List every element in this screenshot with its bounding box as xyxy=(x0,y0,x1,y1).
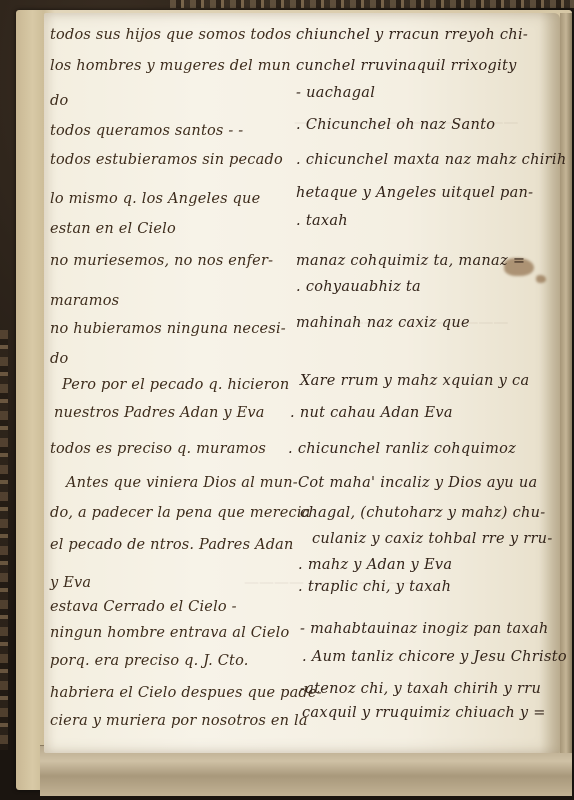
native-text: . cohyauabhiz ta xyxy=(296,279,421,295)
text-line: todos estubieramos sin pecado . chicunch… xyxy=(44,152,560,176)
text-line: Antes que viniera Dios al mun- Cot maha'… xyxy=(44,475,560,499)
manuscript-page: ———— ——— ——— ———— ——— ———— ——— —— ———— —… xyxy=(44,13,560,753)
native-text: - mahabtauinaz inogiz pan taxah xyxy=(300,621,549,637)
marbled-cover-left xyxy=(0,330,8,750)
native-text: . mahz y Adan y Eva xyxy=(298,557,452,573)
native-text: chiunchel y rracun rreyoh chi- xyxy=(296,27,528,43)
spanish-text: todos sus hijos que somos todos xyxy=(50,27,291,43)
spanish-text: Antes que viniera Dios al mun- xyxy=(66,475,298,491)
spanish-text: estava Cerrado el Cielo - xyxy=(50,599,237,615)
spanish-text: no muriesemos, no nos enfer- xyxy=(50,253,273,269)
text-line: do xyxy=(44,351,560,375)
text-line: ningun hombre entrava al Cielo - mahabta… xyxy=(44,625,560,649)
native-text: hetaque y Angeles uitquel pan- xyxy=(296,185,533,201)
text-line: porq. era preciso q. J. Cto. . Aum tanli… xyxy=(44,653,560,677)
text-line: estava Cerrado el Cielo - . traplic chi,… xyxy=(44,593,560,617)
native-text: chagal, (chutoharz y mahz) chu- xyxy=(300,505,546,521)
native-text: . chicunchel maxta naz mahz chirih xyxy=(296,152,566,168)
native-text: culaniz y caxiz tohbal rre y rru- xyxy=(312,531,553,547)
text-line: todos queramos santos - - . Chicunchel o… xyxy=(44,117,560,141)
spanish-text: porq. era preciso q. J. Cto. xyxy=(50,653,249,669)
native-text: . taxah xyxy=(296,213,348,229)
spanish-text: y Eva xyxy=(50,575,91,591)
text-line: estan en el Cielo . taxah xyxy=(44,213,560,237)
text-line: maramos . cohyauabhiz ta xyxy=(44,279,560,303)
text-line: lo mismo q. los Angeles que hetaque y An… xyxy=(44,185,560,209)
native-text: . Chicunchel oh naz Santo xyxy=(296,117,495,133)
native-text: Cot maha' incaliz y Dios ayu ua xyxy=(298,475,537,491)
text-line: ciera y muriera por nosotros en la caxqu… xyxy=(44,713,560,737)
spanish-text: todos queramos santos - - xyxy=(50,123,243,139)
spanish-text: el pecado de ntros. Padres Adan xyxy=(50,537,294,553)
text-line: no hubieramos ninguna necesi- mahinah na… xyxy=(44,315,560,339)
page-right-edge xyxy=(560,13,572,753)
spanish-text: estan en el Cielo xyxy=(50,221,176,237)
native-text: . nut cahau Adan Eva xyxy=(290,405,453,421)
text-line: todos sus hijos que somos todos chiunche… xyxy=(44,27,560,51)
spanish-text: nuestros Padres Adan y Eva xyxy=(54,405,265,421)
text-line: no muriesemos, no nos enfer- manaz cohqu… xyxy=(44,253,560,277)
text-line: do - uachagal xyxy=(44,85,560,109)
native-text: caxquil y rruquimiz chiuach y = xyxy=(302,705,546,721)
spanish-text: ningun hombre entrava al Cielo xyxy=(50,625,289,641)
text-line: do, a padecer la pena que merecia chagal… xyxy=(44,505,560,529)
spanish-text: Pero por el pecado q. hicieron xyxy=(62,377,289,393)
native-text: . chicunchel ranliz cohquimoz xyxy=(288,441,516,457)
native-text: -atenoz chi, y taxah chirih y rru xyxy=(300,681,541,697)
text-line: los hombres y mugeres del mun cunchel rr… xyxy=(44,58,560,82)
native-text: mahinah naz caxiz que xyxy=(296,315,470,331)
text-line: Pero por el pecado q. hicieron Xare rrum… xyxy=(44,377,560,401)
spanish-text: lo mismo q. los Angeles que xyxy=(50,191,260,207)
spanish-text: todos estubieramos sin pecado xyxy=(50,152,283,168)
native-text: Xare rrum y mahz xquian y ca xyxy=(300,373,529,389)
spanish-text: ciera y muriera por nosotros en la xyxy=(50,713,308,729)
spanish-text: do xyxy=(50,351,68,367)
spanish-text: do xyxy=(50,93,68,109)
native-text: - uachagal xyxy=(296,85,375,101)
text-line: todos es preciso q. muramos . chicunchel… xyxy=(44,441,560,465)
spanish-text: todos es preciso q. muramos xyxy=(50,441,266,457)
text-line: nuestros Padres Adan y Eva . nut cahau A… xyxy=(44,405,560,429)
native-text: manaz cohquimiz ta, manaz = xyxy=(296,253,525,269)
spanish-text: do, a padecer la pena que merecia xyxy=(50,505,311,521)
native-text: . Aum tanliz chicore y Jesu Christo xyxy=(302,649,567,665)
native-text: . traplic chi, y taxah xyxy=(298,579,451,595)
spanish-text: no hubieramos ninguna necesi- xyxy=(50,321,286,337)
marbled-cover-top xyxy=(170,0,574,8)
spanish-text: los hombres y mugeres del mun xyxy=(50,58,291,74)
spanish-text: maramos xyxy=(50,293,119,309)
spanish-text: habriera el Cielo despues que pade- xyxy=(50,685,322,701)
native-text: cunchel rruvinaquil rrixogity xyxy=(296,58,517,74)
